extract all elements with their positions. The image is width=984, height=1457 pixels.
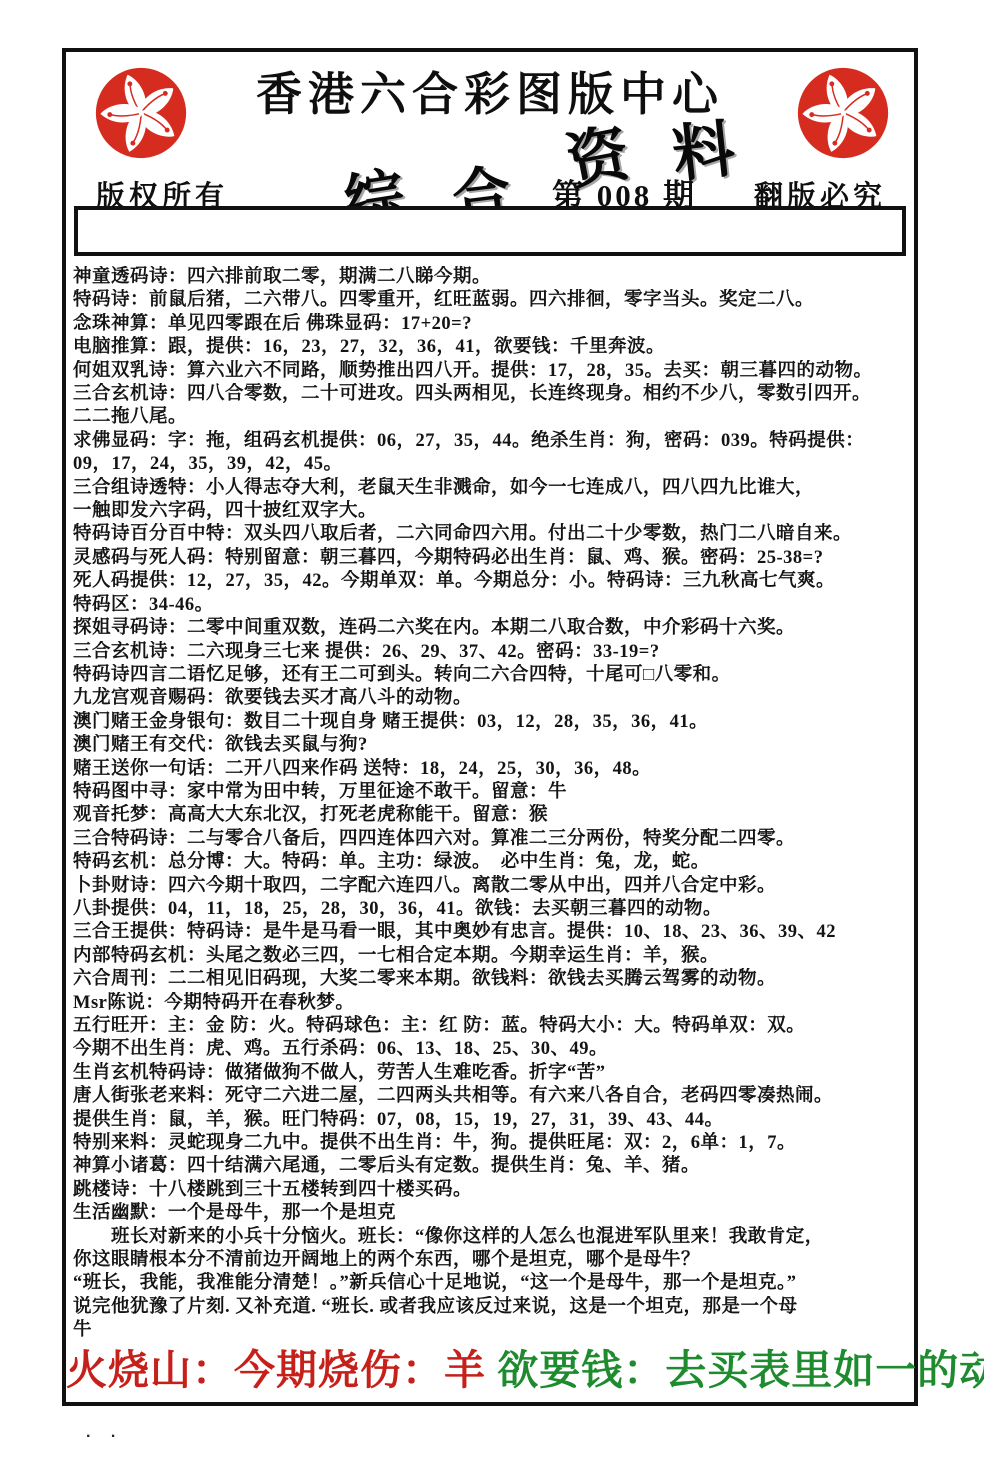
- body-line: 生活幽默：一个是母牛，那一个是坦克: [73, 1202, 915, 1225]
- footer-red-text: 火烧山：今期烧伤：羊: [66, 1347, 486, 1393]
- body-line: 澳门赌王有交代：欲钱去买鼠与狗?: [73, 734, 915, 757]
- body-line: 特码诗四言二语忆足够，还有王二可到头。转向二六合四特，十尾可□八零和。: [73, 664, 915, 687]
- body-line: 跳楼诗：十八楼跳到三十五楼转到四十楼买码。: [73, 1179, 915, 1202]
- body-line: 三合玄机诗：二六现身三七来 提供：26、29、37、42。密码：33-19=?: [73, 641, 915, 664]
- body-line: 灵感码与死人码：特别留意：朝三暮四，今期特码必出生肖：鼠、鸡、猴。密码：25-3…: [73, 547, 915, 570]
- body-line: “班长，我能，我准能分清楚！。”新兵信心十足地说，“这一个是母牛，那一个是坦克。…: [73, 1272, 915, 1295]
- body-line: 八卦提供：04，11，18，25，28，30，36，41。欲钱：去买朝三暮四的动…: [73, 898, 915, 921]
- body-line: 三合王提供：特码诗：是牛是马看一眼，其中奥妙有忠言。提供：10、18、23、36…: [73, 921, 915, 944]
- body-line: 唐人街张老来料：死守二六进二屋，二四两头共相等。有六来八各自合，老码四零凑热闹。: [73, 1085, 915, 1108]
- body-line: 观音托梦：高高大大东北汉，打死老虎称能干。留意：猴: [73, 804, 915, 827]
- page: 香港六合彩图版中心 综 合 资 料 第 008 期 版权所有 翻版必究 神童透码…: [0, 0, 984, 1457]
- blank-box: [74, 206, 906, 256]
- body-line: 二二拖八尾。: [73, 406, 915, 429]
- body-line: 三合组诗透特：小人得志夺大利，老鼠天生非溅命，如今一七连成八，四八四九比谁大，: [73, 477, 915, 500]
- footer-green-text: 欲要钱：去买表里如一的动物: [497, 1347, 984, 1393]
- page-frame: 香港六合彩图版中心 综 合 资 料 第 008 期 版权所有 翻版必究 神童透码…: [62, 48, 918, 1406]
- body-line: 九龙宫观音赐码：欲要钱去买才高八斗的动物。: [73, 687, 915, 710]
- body-line: 特别来料：灵蛇现身二九中。提供不出生肖：牛，狗。提供旺尾：双：2，6单：1，7。: [73, 1132, 915, 1155]
- body-line: 死人码提供：12，27，35，42。今期单双：单。今期总分：小。特码诗：三九秋高…: [73, 570, 915, 593]
- body-line: 内部特码玄机：头尾之数必三四，一七相合定本期。今期幸运生肖：羊，猴。: [73, 945, 915, 968]
- body-line: 三合玄机诗：四八合零数，二十可进攻。四头两相见，长连终现身。相约不少八，零数引四…: [73, 383, 915, 406]
- stray-marks: . .: [86, 1424, 123, 1442]
- body-text: 神童透码诗：四六排前取二零，期满二八睇今期。特码诗：前鼠后猪，二六带八。四零重开…: [73, 266, 915, 1343]
- body-line: 特码区：34-46。: [73, 594, 915, 617]
- body-line: 卜卦财诗：四六今期十取四，二字配六连四八。离散二零从中出，四并八合定中彩。: [73, 875, 915, 898]
- body-line: 六合周刊：二二相见旧码现，大奖二零来本期。欲钱料：欲钱去买腾云驾雾的动物。: [73, 968, 915, 991]
- body-line: 求佛显码：字：拖，组码玄机提供：06，27，35，44。绝杀生肖：狗，密码：03…: [73, 430, 915, 453]
- body-line: 特码诗百分百中特：双头四八取后者，二六同命四六用。付出二十少零数，热门二八暗自来…: [73, 523, 915, 546]
- body-line: 班长对新来的小兵十分恼火。班长：“像你这样的人怎么也混进军队里来！我敢肯定，: [73, 1226, 915, 1249]
- body-line: 今期不出生肖：虎、鸡。五行杀码：06、13、18、25、30、49。: [73, 1038, 915, 1061]
- body-line: 特码图中寻：家中常为田中转，万里征途不敢干。留意：牛: [73, 781, 915, 804]
- body-line: 三合特码诗：二与零合八备后，四四连体四六对。算准二三分两份，特奖分配二四零。: [73, 828, 915, 851]
- body-line: Msr陈说：今期特码开在春秋梦。: [73, 992, 915, 1015]
- body-line: 特码玄机：总分博：大。特码：单。主功：绿波。 必中生肖：兔，龙，蛇。: [73, 851, 915, 874]
- body-line: 赌王送你一句话：二开八四来作码 送特：18，24，25，30，36，48。: [73, 758, 915, 781]
- body-line: 生肖玄机特码诗：做猪做狗不做人，劳苦人生难吃香。折字“苦”: [73, 1062, 915, 1085]
- body-line: 澳门赌王金身银句：数目二十现自身 赌王提供：03，12，28，35，36，41。: [73, 711, 915, 734]
- body-line: 特码诗：前鼠后猪，二六带八。四零重开，红旺蓝弱。四六排徊，零字当头。奖定二八。: [73, 289, 915, 312]
- header: 香港六合彩图版中心 综 合 资 料 第 008 期 版权所有 翻版必究: [66, 52, 914, 206]
- body-line: 神算小诸葛：四十结满六尾通，二零后头有定数。提供生肖：兔、羊、猪。: [73, 1155, 915, 1178]
- footer-banner: 火烧山：今期烧伤：羊 欲要钱：去买表里如一的动物: [66, 1337, 914, 1396]
- body-line: 何姐双乳诗：算六业六不同路，顺势推出四八开。提供：17，28，35。去买：朝三暮…: [73, 360, 915, 383]
- body-line: 念珠神算：单见四零跟在后 佛珠显码：17+20=?: [73, 313, 915, 336]
- body-line: 提供生肖：鼠，羊，猴。旺门特码：07，08，15，19，27，31，39、43、…: [73, 1109, 915, 1132]
- body-line: 电脑推算：跟，提供：16，23，27，32，36，41，欲要钱：千里奔波。: [73, 336, 915, 359]
- body-line: 你这眼睛根本分不清前边开阔地上的两个东西，哪个是坦克，哪个是母牛？: [73, 1249, 915, 1272]
- body-line: 五行旺开：主：金 防：火。特码球色：主：红 防：蓝。特码大小：大。特码单双：双。: [73, 1015, 915, 1038]
- body-line: 探姐寻码诗：二零中间重双数，连码二六奖在内。本期二八取合数，中介彩码十六奖。: [73, 617, 915, 640]
- body-line: 一触即发六字码，四十披红双字大。: [73, 500, 915, 523]
- body-line: 09，17，24，35，39，42，45。: [73, 453, 915, 476]
- body-line: 神童透码诗：四六排前取二零，期满二八睇今期。: [73, 266, 915, 289]
- body-line: 说完他犹豫了片刻. 又补充道. “班长. 或者我应该反过来说，这是一个坦克，那是…: [73, 1296, 915, 1319]
